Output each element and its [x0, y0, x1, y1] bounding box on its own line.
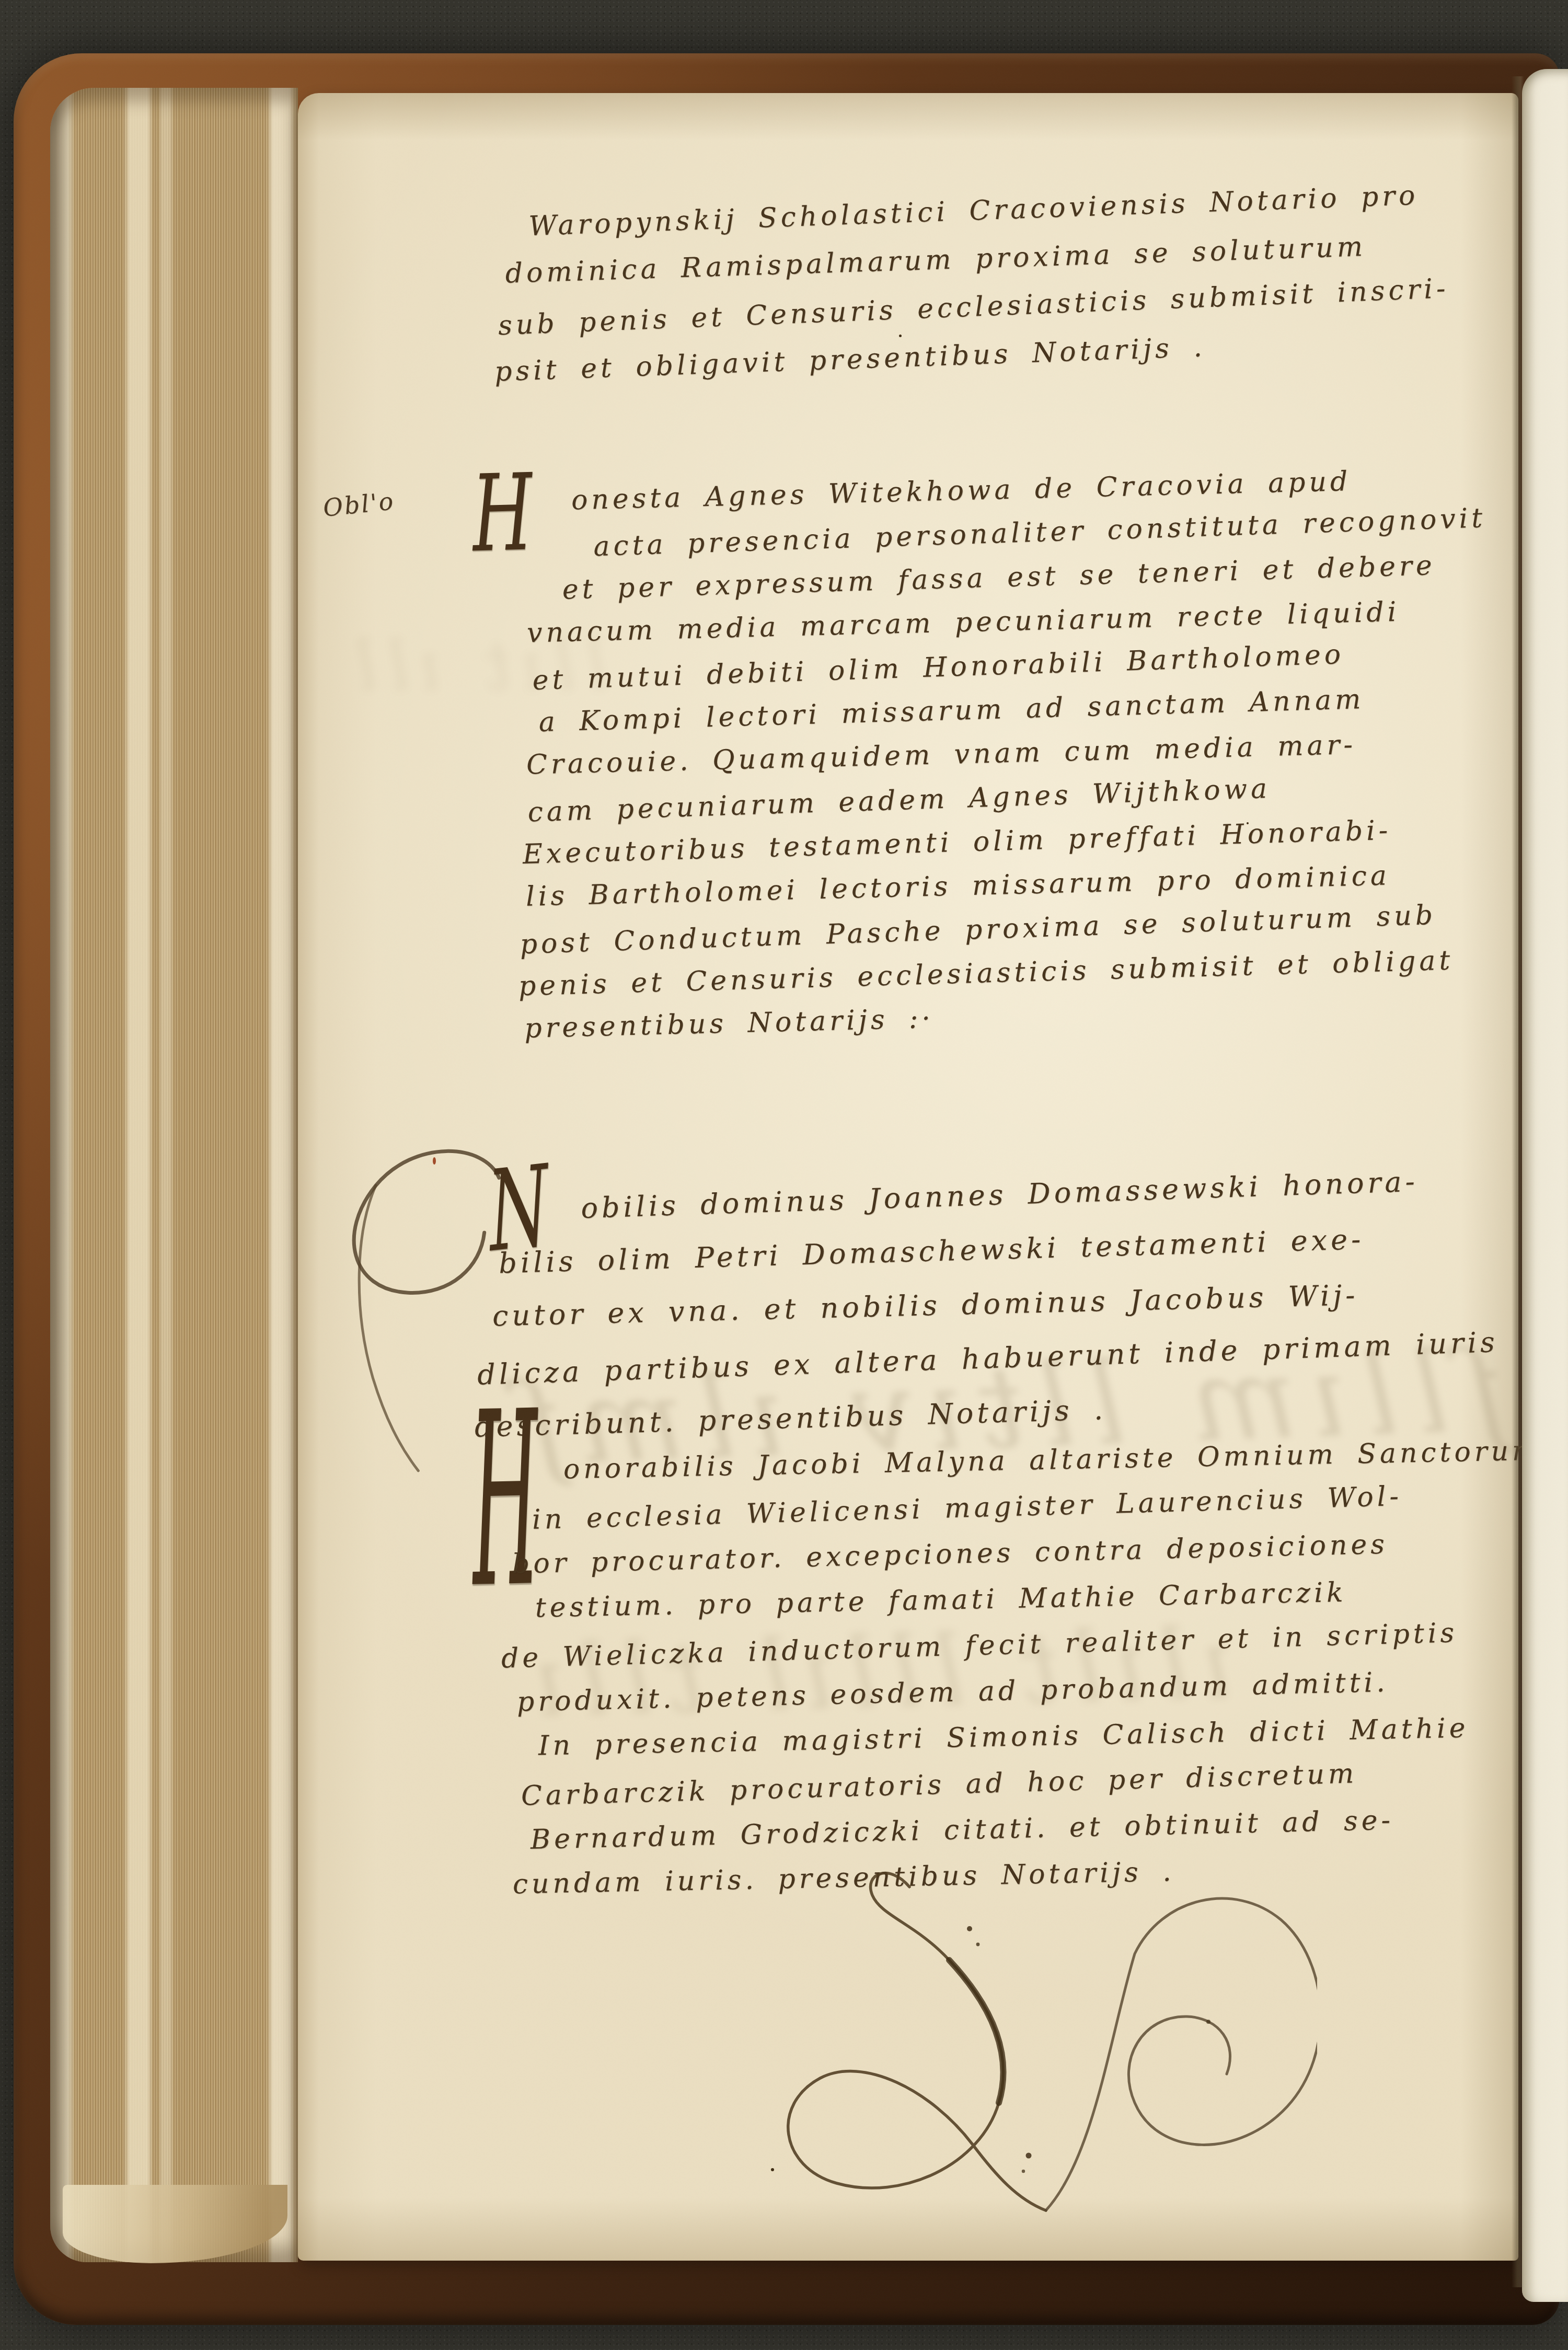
handwritten-text-layer: llıt ıll ſllım lltıv ılmſ ılılt lllıl tl…: [298, 93, 1518, 2261]
paragraph-entry-1: Waropynskij Scholastici Cracoviensis Not…: [489, 170, 1451, 396]
bottom-flourish-paraph: [664, 1865, 1317, 2231]
gutter-shadow: [1512, 76, 1524, 2287]
ink-speck: [433, 1157, 436, 1165]
ink-speck: [899, 335, 902, 337]
manuscript-photo: llıt ıll ſllım lltıv ılmſ ılılt lllıl tl…: [0, 0, 1568, 2350]
manuscript-page: llıt ıll ſllım lltıv ılmſ ılılt lllıl tl…: [298, 93, 1518, 2261]
paragraph-entry-4: H onorabilis Jacobi Malyna altariste Omn…: [481, 1426, 1550, 1910]
page-edges-stack: [50, 88, 298, 2262]
next-page-sliver: [1522, 69, 1568, 2302]
ink-speck: [1247, 822, 1249, 824]
margin-note: Obl'o: [322, 487, 396, 522]
ink-speck: [771, 2168, 774, 2171]
paragraph-entry-2: H onesta Agnes Witekhowa de Cracovia apu…: [481, 454, 1500, 1053]
paragraph-entry-3: N obilis dominus Joannes Domassewski hon…: [468, 1154, 1501, 1455]
